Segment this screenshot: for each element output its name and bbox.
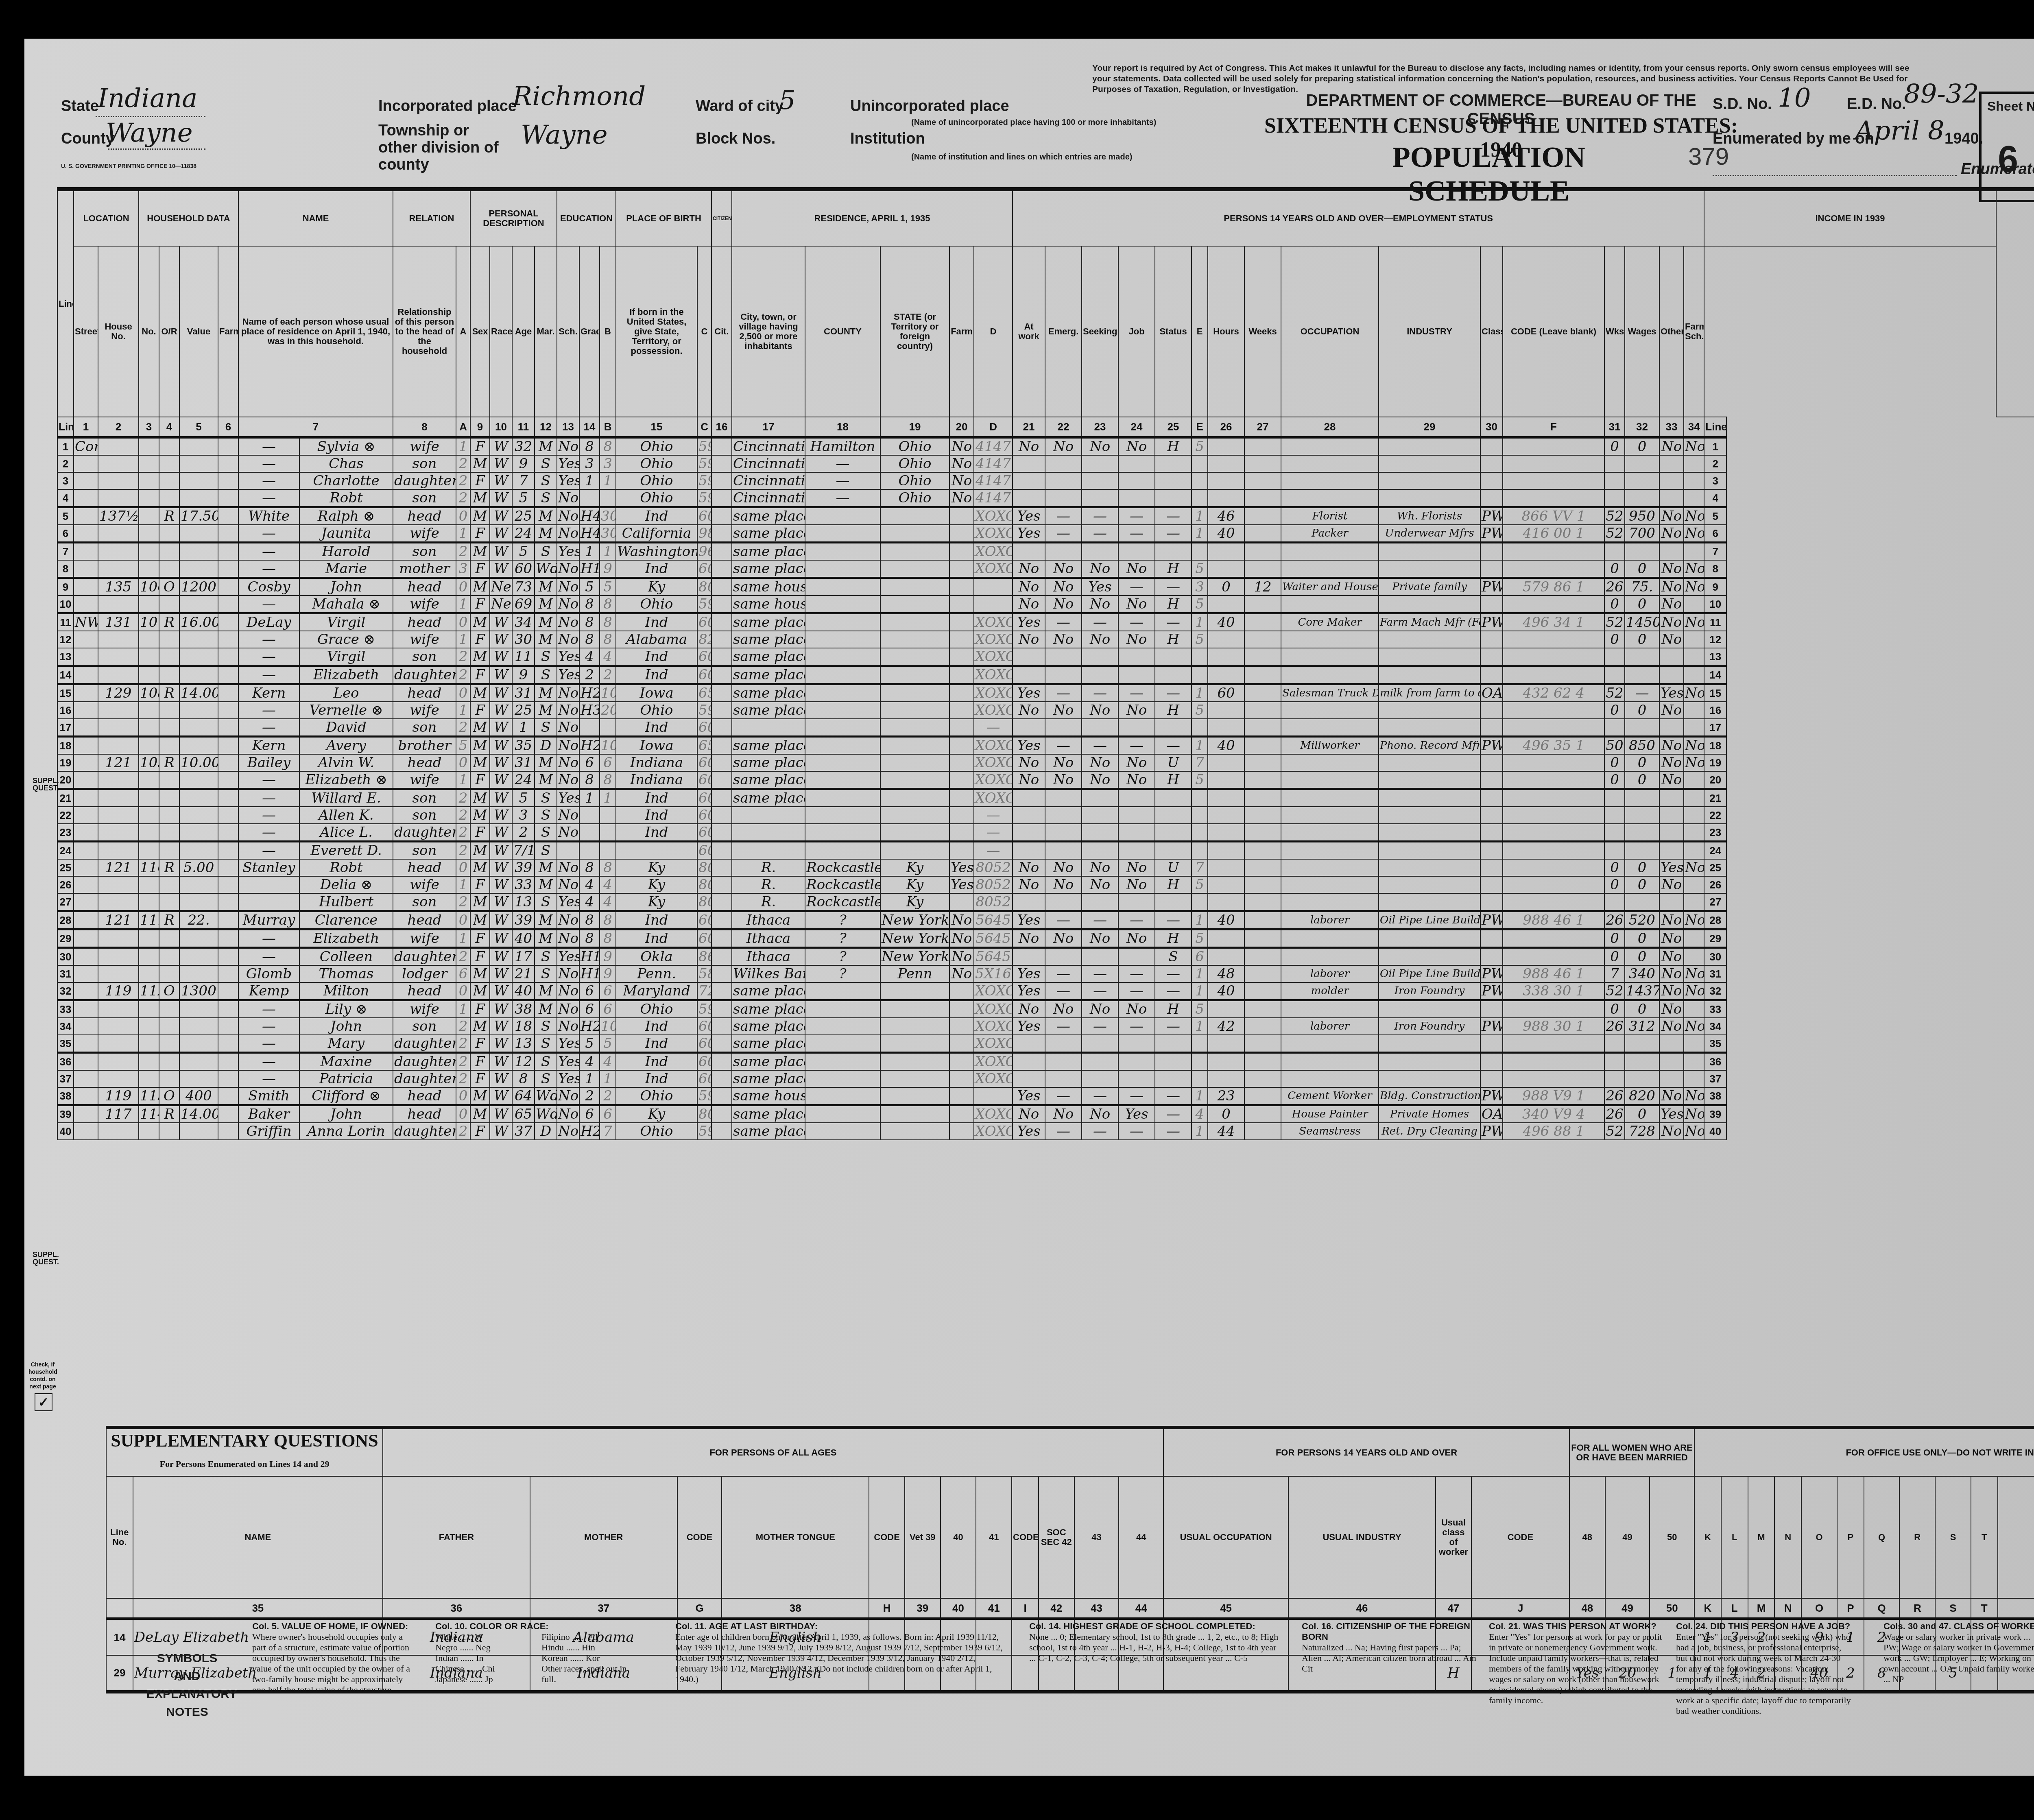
- cell-c21: [1013, 1053, 1045, 1071]
- cell-cls: PW: [1480, 982, 1503, 1000]
- cell-surname: Baker: [238, 1105, 299, 1123]
- cell-sex: M: [470, 1105, 490, 1123]
- cell-c24: No: [1118, 596, 1155, 613]
- cell-given: Ralph ⊗: [299, 507, 393, 525]
- cell-city35: same place: [732, 631, 805, 648]
- cell-house: [98, 965, 139, 982]
- cell-given: Delia ⊗: [299, 876, 393, 893]
- cell-street: [74, 754, 98, 771]
- cell-relation: wife: [393, 930, 456, 948]
- cell-value: [179, 807, 218, 824]
- colno: 11: [512, 417, 535, 437]
- cell-weeks: [1244, 613, 1281, 631]
- cell-other: [1659, 1035, 1684, 1053]
- cell-sex: F: [470, 525, 490, 543]
- cell-cit: [711, 578, 732, 596]
- cell-occupation: [1281, 893, 1379, 911]
- cell-state35: [880, 1087, 949, 1105]
- cell-wages: 728: [1625, 1123, 1659, 1140]
- cell-cls: [1480, 771, 1503, 789]
- cell-other: No: [1659, 560, 1684, 578]
- cell-state35: [880, 771, 949, 789]
- cell-farmsch: [1684, 666, 1704, 684]
- cell-c: 59: [697, 472, 711, 489]
- household-continued-checkbox[interactable]: ✓: [35, 1393, 52, 1411]
- cell-c23: No: [1082, 560, 1118, 578]
- cell-own: [159, 560, 179, 578]
- cell-value: [179, 893, 218, 911]
- cell-surname: Glomb: [238, 965, 299, 982]
- cell-c23: [1082, 824, 1118, 842]
- cell-given: Elizabeth: [299, 666, 393, 684]
- cell-hours: [1208, 893, 1244, 911]
- cell-cit: [711, 525, 732, 543]
- cell-wages: 0: [1625, 948, 1659, 966]
- cell-c21: No: [1013, 560, 1045, 578]
- cell-c25: —: [1155, 684, 1192, 702]
- header-on-farm: Farm: [949, 246, 974, 417]
- cell-surname: —: [238, 1018, 299, 1035]
- cell-occupation: [1281, 631, 1379, 648]
- state-line: [96, 116, 205, 117]
- cell-county35: [805, 771, 880, 789]
- line-number: 33: [1704, 1000, 1726, 1018]
- cell-hours: 0: [1208, 1105, 1244, 1123]
- cell-a: 2: [456, 489, 470, 507]
- cell-cls: [1480, 1000, 1503, 1018]
- cell-c25: [1155, 648, 1192, 666]
- cell-d: XOXO: [974, 737, 1013, 755]
- cell-b: 1: [600, 543, 616, 561]
- sd-value: 10: [1778, 83, 1811, 113]
- cell-given: Alvin W.: [299, 754, 393, 771]
- note-col14-title: Col. 14. HIGHEST GRADE OF SCHOOL COMPLET…: [1029, 1621, 1255, 1631]
- cell-surname: —: [238, 437, 299, 455]
- cell-hours: [1208, 842, 1244, 860]
- cell-relation: head: [393, 911, 456, 930]
- cell-e: 5: [1192, 560, 1208, 578]
- cell-hh: [139, 930, 159, 948]
- colno: 20: [949, 417, 974, 437]
- cell-given: Patricia: [299, 1070, 393, 1087]
- cell-surname: —: [238, 631, 299, 648]
- cell-c25: —: [1155, 507, 1192, 525]
- cell-d: XOXO: [974, 560, 1013, 578]
- cell-other: [1659, 842, 1684, 860]
- table-row: 9135106O1200CosbyJohnhead0MNeg73MNo55Ky8…: [57, 578, 2034, 596]
- cell-hours: 40: [1208, 982, 1244, 1000]
- cell-birthplace: Maryland: [616, 982, 697, 1000]
- cell-other: No: [1659, 737, 1684, 755]
- cell-city35: same place: [732, 525, 805, 543]
- cell-marital: M: [535, 702, 557, 719]
- cell-industry: [1379, 1070, 1480, 1087]
- cell-b: 9: [600, 560, 616, 578]
- cell-given: Allen K.: [299, 807, 393, 824]
- cell-grade: 4: [579, 893, 600, 911]
- cell-c21: [1013, 893, 1045, 911]
- cell-a: 2: [456, 1018, 470, 1035]
- supp-colno: H: [869, 1598, 905, 1619]
- supp-header-cell: MOTHER: [530, 1476, 677, 1598]
- cell-surname: Stanley: [238, 859, 299, 876]
- cell-hours: [1208, 930, 1244, 948]
- cell-farmsch: No: [1684, 1087, 1704, 1105]
- cell-county35: [805, 1000, 880, 1018]
- cell-county35: [805, 684, 880, 702]
- supp-colno: 48: [1569, 1598, 1605, 1619]
- sheet-side: A: [2032, 141, 2034, 178]
- cell-house: [98, 437, 139, 455]
- cell-state35: [880, 1105, 949, 1123]
- cell-cit: [711, 613, 732, 631]
- cell-farmsch: [1684, 543, 1704, 561]
- cell-relation: son: [393, 789, 456, 807]
- cell-own: [159, 543, 179, 561]
- cell-other: [1659, 489, 1684, 507]
- cell-occupation: laborer: [1281, 1018, 1379, 1035]
- cell-cit: [711, 1105, 732, 1123]
- cell-farm: [218, 1070, 238, 1087]
- cell-wages: 700: [1625, 525, 1659, 543]
- cell-county35: [805, 702, 880, 719]
- cell-c23: No: [1082, 859, 1118, 876]
- cell-c24: No: [1118, 930, 1155, 948]
- cell-c21: No: [1013, 876, 1045, 893]
- cell-d: [974, 578, 1013, 596]
- cell-given: Clifford ⊗: [299, 1087, 393, 1105]
- race-code-item: Filipino ...... Fil: [541, 1632, 639, 1642]
- cell-state35: [880, 684, 949, 702]
- cell-weeks: [1244, 666, 1281, 684]
- cell-school: Yes: [557, 455, 579, 472]
- cell-farm35: [949, 578, 974, 596]
- cell-value: [179, 455, 218, 472]
- cell-race: W: [490, 1018, 512, 1035]
- cell-occupation: [1281, 596, 1379, 613]
- cell-e: 1: [1192, 1018, 1208, 1035]
- cell-c25: —: [1155, 525, 1192, 543]
- cell-c24: Yes: [1118, 1105, 1155, 1123]
- cell-e: 5: [1192, 437, 1208, 455]
- cell-other: [1659, 455, 1684, 472]
- cell-city35: same place: [732, 666, 805, 684]
- supp-header-cell: Q: [1864, 1476, 1900, 1598]
- cell-county35: [805, 1087, 880, 1105]
- cell-age: 38: [512, 1000, 535, 1018]
- line-number: 15: [1704, 684, 1726, 702]
- cell-state35: [880, 719, 949, 737]
- cell-hh: [139, 702, 159, 719]
- cell-sex: M: [470, 543, 490, 561]
- cell-hh: 109: [139, 754, 159, 771]
- cell-farmsch: [1684, 472, 1704, 489]
- cell-e: 4: [1192, 1105, 1208, 1123]
- cell-f: [1503, 824, 1604, 842]
- cell-city35: same place: [732, 702, 805, 719]
- cell-c24: No: [1118, 771, 1155, 789]
- cell-cit: [711, 648, 732, 666]
- note-col10: Col. 10. COLOR OR RACE:White ...... WNeg…: [435, 1621, 639, 1685]
- colno: 33: [1659, 417, 1684, 437]
- cell-school: Yes: [557, 666, 579, 684]
- cell-wk: 0: [1604, 859, 1625, 876]
- supp-header-cell: T: [1971, 1476, 1998, 1598]
- line-number: 24: [1704, 842, 1726, 860]
- cell-d: 8052: [974, 876, 1013, 893]
- line-number: 22: [57, 807, 74, 824]
- cell-grade: [579, 489, 600, 507]
- cell-d: XOXO: [974, 982, 1013, 1000]
- cell-weeks: [1244, 1035, 1281, 1053]
- supp-colno: R: [1899, 1598, 1935, 1619]
- cell-farm35: No: [949, 911, 974, 930]
- cell-weeks: [1244, 982, 1281, 1000]
- cell-wages: [1625, 789, 1659, 807]
- cell-weeks: [1244, 965, 1281, 982]
- cell-wk: [1604, 719, 1625, 737]
- header-occupation: OCCUPATION: [1281, 246, 1379, 417]
- cell-a: 2: [456, 948, 470, 966]
- cell-a: 6: [456, 965, 470, 982]
- cell-street: [74, 1105, 98, 1123]
- cell-hh: [139, 948, 159, 966]
- line-number: 5: [1704, 507, 1726, 525]
- cell-city35: Ithaca: [732, 948, 805, 966]
- cell-farmsch: No: [1684, 754, 1704, 771]
- cell-city35: [732, 807, 805, 824]
- cell-race: W: [490, 648, 512, 666]
- cell-c23: No: [1082, 1000, 1118, 1018]
- table-row: 7—Haroldson2MW5SYes11Washington96same pl…: [57, 543, 2034, 561]
- cell-industry: [1379, 1035, 1480, 1053]
- cell-marital: Wd: [535, 1087, 557, 1105]
- cell-hours: [1208, 455, 1244, 472]
- block-label: Block Nos.: [696, 130, 775, 148]
- cell-weeks: [1244, 842, 1281, 860]
- cell-industry: [1379, 719, 1480, 737]
- cell-farmsch: No: [1684, 578, 1704, 596]
- cell-value: [179, 702, 218, 719]
- cell-cls: [1480, 543, 1503, 561]
- cell-cls: [1480, 596, 1503, 613]
- cell-race: W: [490, 911, 512, 930]
- cell-farmsch: [1684, 807, 1704, 824]
- cell-county35: [805, 596, 880, 613]
- unincorporated-place-label: Unincorporated place: [850, 98, 1009, 115]
- cell-street: [74, 737, 98, 755]
- cell-c23: [1082, 472, 1118, 489]
- line-number: 9: [57, 578, 74, 596]
- cell-value: [179, 948, 218, 966]
- note-col16-title: Col. 16. CITIZENSHIP OF THE FOREIGN BORN: [1302, 1621, 1470, 1642]
- cell-c21: No: [1013, 631, 1045, 648]
- cell-farm35: [949, 1053, 974, 1071]
- supp-header-cell: CODE: [869, 1476, 905, 1598]
- cell-city35: same place: [732, 737, 805, 755]
- cell-state35: [880, 560, 949, 578]
- cell-d: 5645: [974, 911, 1013, 930]
- cell-street: Conit: [74, 437, 98, 455]
- header-location: LOCATION: [74, 189, 139, 246]
- cell-own: [159, 842, 179, 860]
- supp-colno: [106, 1598, 133, 1619]
- cell-e: [1192, 807, 1208, 824]
- cell-wk: 52: [1604, 525, 1625, 543]
- cell-a: 2: [456, 543, 470, 561]
- cell-birthplace: Ky: [616, 859, 697, 876]
- cell-e: [1192, 543, 1208, 561]
- cell-birthplace: Ohio: [616, 1000, 697, 1018]
- table-row: 4—Robtson2MW5SNoOhio59Cincinnati—OhioNo4…: [57, 489, 2034, 507]
- cell-relation: son: [393, 893, 456, 911]
- cell-farmsch: [1684, 702, 1704, 719]
- cell-given: Avery: [299, 737, 393, 755]
- cell-own: O: [159, 982, 179, 1000]
- cell-c22: [1045, 489, 1082, 507]
- cell-race: W: [490, 1035, 512, 1053]
- cell-farmsch: [1684, 596, 1704, 613]
- cell-house: [98, 1053, 139, 1071]
- cell-b: 10: [600, 737, 616, 755]
- line-number: 29: [57, 930, 74, 948]
- cell-cit: [711, 965, 732, 982]
- line-number: 37: [1704, 1070, 1726, 1087]
- cell-industry: [1379, 596, 1480, 613]
- cell-c22: [1045, 789, 1082, 807]
- cell-surname: —: [238, 596, 299, 613]
- colno: 27: [1244, 417, 1281, 437]
- table-row: 19121109R10.00BaileyAlvin W.head0MW31MNo…: [57, 754, 2034, 771]
- header-cit: Cit.: [711, 246, 732, 417]
- supp-header-cell: CODE: [677, 1476, 722, 1598]
- line-number: 31: [57, 965, 74, 982]
- cell-sex: M: [470, 489, 490, 507]
- cell-farm: [218, 1123, 238, 1140]
- cell-wk: [1604, 807, 1625, 824]
- header-birth-instructions: If born in the United States, give State…: [616, 246, 697, 417]
- cell-c24: —: [1118, 578, 1155, 596]
- cell-f: [1503, 930, 1604, 948]
- cell-farm: [218, 437, 238, 455]
- enumerated-date: April 8: [1855, 116, 1945, 146]
- supp-header-cell: SOC SEC 42: [1039, 1476, 1074, 1598]
- cell-cit: [711, 631, 732, 648]
- cell-other: No: [1659, 613, 1684, 631]
- cell-cit: [711, 807, 732, 824]
- supp-cell-line: 29: [106, 1655, 133, 1692]
- cell-school: No: [557, 1087, 579, 1105]
- cell-weeks: [1244, 1087, 1281, 1105]
- note-col11: Col. 11. AGE AT LAST BIRTHDAY:Enter age …: [675, 1621, 1009, 1685]
- cell-own: [159, 789, 179, 807]
- supp-colno: O: [1801, 1598, 1837, 1619]
- cell-industry: milk from farm to dairy: [1379, 684, 1480, 702]
- cell-marital: S: [535, 719, 557, 737]
- cell-c22: No: [1045, 1000, 1082, 1018]
- cell-wages: 0: [1625, 771, 1659, 789]
- header-farm: Farm: [218, 246, 238, 417]
- cell-given: David: [299, 719, 393, 737]
- cell-street: [74, 578, 98, 596]
- cell-age: 73: [512, 578, 535, 596]
- cell-c22: No: [1045, 876, 1082, 893]
- cell-c24: [1118, 472, 1155, 489]
- cell-wk: 50: [1604, 737, 1625, 755]
- cell-a: 1: [456, 930, 470, 948]
- header-code-b: B: [600, 246, 616, 417]
- cell-birthplace: Iowa: [616, 684, 697, 702]
- cell-city35: same place: [732, 1123, 805, 1140]
- cell-sex: M: [470, 789, 490, 807]
- cell-d: XOXO: [974, 684, 1013, 702]
- header-code-e: E: [1192, 246, 1208, 417]
- cell-given: Thomas: [299, 965, 393, 982]
- cell-f: [1503, 859, 1604, 876]
- cell-cls: [1480, 560, 1503, 578]
- cell-c: 60: [697, 648, 711, 666]
- sd-label: S.D. No.: [1713, 96, 1772, 113]
- cell-hh: [139, 525, 159, 543]
- cell-cit: [711, 560, 732, 578]
- cell-c23: No: [1082, 754, 1118, 771]
- cell-c: 80: [697, 578, 711, 596]
- cell-street: [74, 489, 98, 507]
- cell-c21: [1013, 455, 1045, 472]
- cell-e: 5: [1192, 596, 1208, 613]
- cell-c25: [1155, 1035, 1192, 1053]
- cell-c: 60: [697, 613, 711, 631]
- table-row: 5137½R17.50WhiteRalph ⊗head0MW25MNoH430I…: [57, 507, 2034, 525]
- cell-farmsch: [1684, 1035, 1704, 1053]
- cell-c23: [1082, 842, 1118, 860]
- cell-marital: Wd: [535, 560, 557, 578]
- cell-surname: Kern: [238, 737, 299, 755]
- cell-farm35: [949, 1035, 974, 1053]
- cell-race: W: [490, 965, 512, 982]
- cell-cls: PW: [1480, 578, 1503, 596]
- line-number: 19: [1704, 754, 1726, 771]
- cell-given: Virgil: [299, 648, 393, 666]
- cell-e: 1: [1192, 737, 1208, 755]
- cell-occupation: [1281, 719, 1379, 737]
- cell-own: [159, 1000, 179, 1018]
- cell-cls: [1480, 1035, 1503, 1053]
- cell-occupation: [1281, 1000, 1379, 1018]
- cell-hh: [139, 1018, 159, 1035]
- county-line: [108, 148, 205, 150]
- cell-b: 6: [600, 754, 616, 771]
- cell-birthplace: Ohio: [616, 1123, 697, 1140]
- cell-race: W: [490, 789, 512, 807]
- line-number: 26: [1704, 876, 1726, 893]
- enumerator-signature-line: [1713, 175, 1957, 176]
- cell-city35: same place: [732, 613, 805, 631]
- note-col11-text: Enter age of children born on or after A…: [675, 1632, 1009, 1685]
- cell-marital: S: [535, 1070, 557, 1087]
- cell-cit: [711, 789, 732, 807]
- cell-school: No: [557, 911, 579, 930]
- cell-age: 31: [512, 754, 535, 771]
- cell-cit: [711, 876, 732, 893]
- cell-occupation: laborer: [1281, 911, 1379, 930]
- cell-industry: [1379, 930, 1480, 948]
- cell-age: 13: [512, 1035, 535, 1053]
- cell-occupation: [1281, 1070, 1379, 1087]
- header-household: HOUSEHOLD DATA: [139, 189, 238, 246]
- cell-street: [74, 1035, 98, 1053]
- header-code-a: A: [456, 246, 470, 417]
